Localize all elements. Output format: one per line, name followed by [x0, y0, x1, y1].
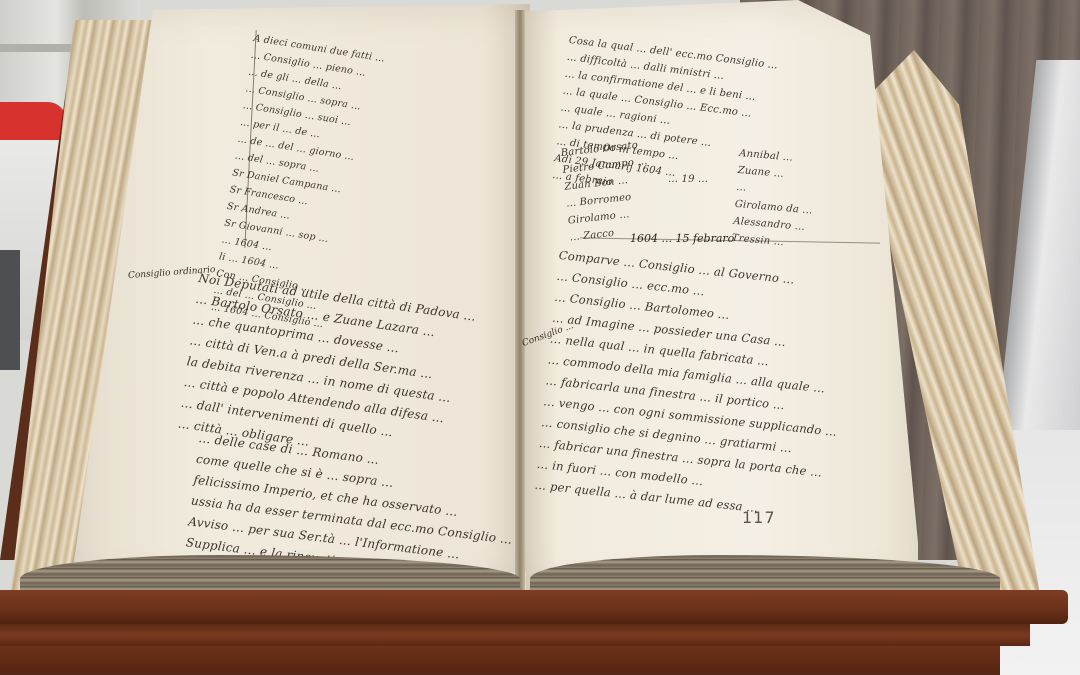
right-page-name-list-right: Annibal ... Zuane ... ... Girolamo da ..…	[731, 145, 818, 253]
background-dark-panel	[0, 250, 20, 370]
background-red-object	[0, 102, 66, 140]
book-bottom-edge-right	[530, 555, 1000, 595]
right-page-name-list-left: Bartolo Orsato Pietro Campo ... Zuan Bon…	[560, 136, 655, 246]
right-page-main-text: Comparve ... Consiglio ... al Governo ..…	[534, 245, 854, 526]
stand-molding	[0, 624, 1030, 646]
right-page-list-middle: ... 19 ...	[668, 170, 708, 189]
section-heading: 1604 ... 15 febraro	[630, 232, 734, 245]
stand-lower-molding	[0, 646, 1000, 675]
photo-scene: A dieci comuni due fatti ... ... Consigl…	[0, 0, 1080, 675]
page-number: 117	[742, 508, 776, 527]
stand-ledge	[0, 590, 1068, 624]
book-stand-base	[0, 590, 1070, 675]
